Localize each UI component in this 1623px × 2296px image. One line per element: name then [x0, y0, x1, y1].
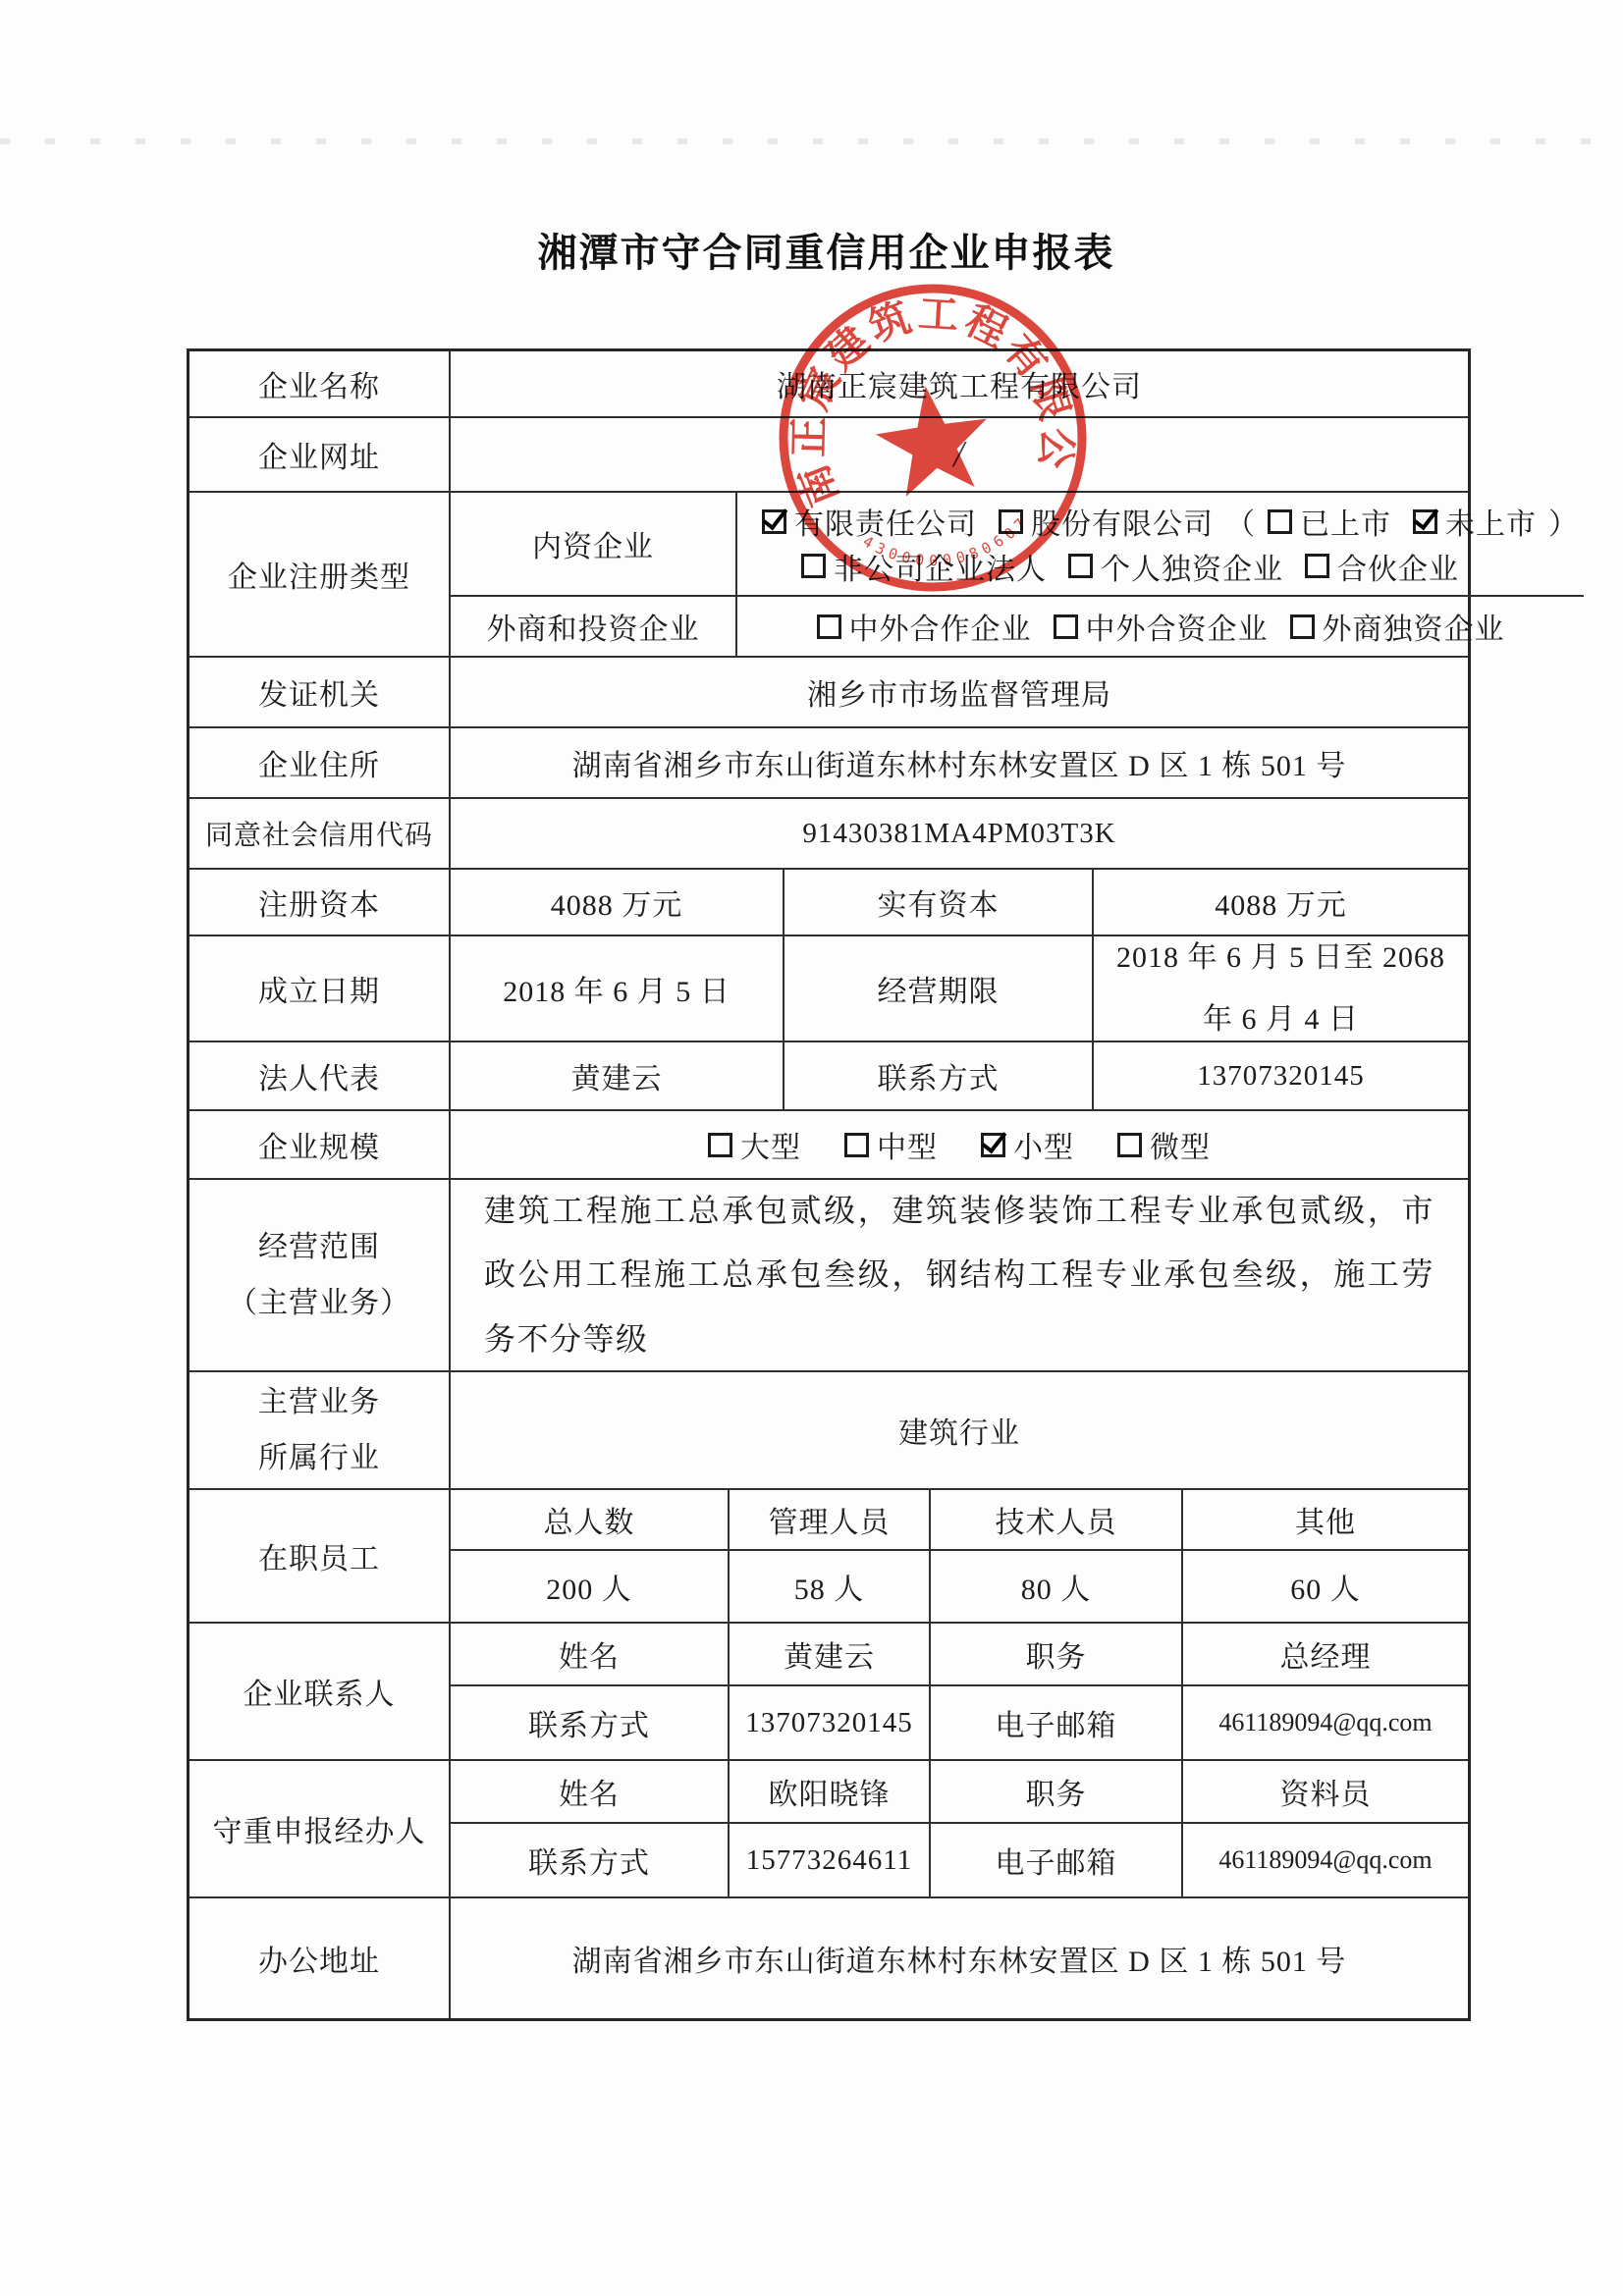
- company-contact-label: 企业联系人: [189, 1624, 451, 1759]
- checkbox-checked-icon: [1413, 509, 1437, 534]
- checkbox-label: 中外合作企业: [849, 605, 1032, 648]
- agent-title-value: 资料员: [1183, 1761, 1468, 1822]
- agent-email-value: 461189094@qq.com: [1183, 1824, 1468, 1896]
- registered-capital-label: 注册资本: [189, 870, 451, 934]
- checkbox-label: 大型: [740, 1123, 801, 1166]
- foreign-enterprise-options: 中外合作企业中外合资企业外商独资企业: [737, 597, 1584, 656]
- checkbox-label: 合伙企业: [1337, 545, 1459, 588]
- domestic-options-line2: 非公司企业法人个人独资企业合伙企业: [751, 545, 1470, 588]
- employees-label: 在职员工: [189, 1490, 451, 1622]
- checkbox-label: 个人独资企业: [1101, 545, 1283, 588]
- row-contact-phone: 联系方式 13707320145 电子邮箱 461189094@qq.com: [451, 1686, 1468, 1759]
- employees-header-other: 其他: [1183, 1490, 1468, 1549]
- establish-date-value: 2018 年 6 月 5 日: [451, 936, 784, 1041]
- declaration-form-table: 企业名称 湖南正宸建筑工程有限公司 企业网址 / 企业注册类型 内资企业 有限责…: [187, 348, 1471, 2021]
- checkbox-unchecked-icon: [844, 1133, 869, 1157]
- employees-header-total: 总人数: [451, 1490, 730, 1549]
- row-foreign-enterprise: 外商和投资企业 中外合作企业中外合资企业外商独资企业: [451, 597, 1584, 656]
- checkbox-option: 未上市: [1413, 500, 1537, 543]
- employees-technical-value: 80 人: [931, 1551, 1183, 1622]
- checkbox-option: 已上市: [1268, 500, 1391, 543]
- agent-name-label: 姓名: [451, 1761, 730, 1822]
- checkbox-label: 微型: [1150, 1123, 1211, 1166]
- checkbox-label: 中外合资企业: [1086, 605, 1269, 648]
- industry-label-line1: 主营业务: [258, 1374, 380, 1430]
- row-agent-name: 姓名 欧阳晓锋 职务 资料员: [451, 1761, 1468, 1824]
- checkbox-unchecked-icon: [1054, 614, 1078, 639]
- rowgroup-employees: 在职员工 总人数 管理人员 技术人员 其他 200 人 58 人 80 人 60…: [189, 1490, 1468, 1624]
- checkbox-unchecked-icon: [708, 1133, 732, 1157]
- form-title: 湘潭市守合同重信用企业申报表: [29, 222, 1623, 278]
- legal-representative-label: 法人代表: [189, 1042, 451, 1109]
- row-domestic-enterprise: 内资企业 有限责任公司股份有限公司（已上市未上市） 非公司企业法人个人独资企业合…: [451, 493, 1584, 597]
- row-company-name: 企业名称 湖南正宸建筑工程有限公司: [189, 351, 1468, 418]
- agent-email-label: 电子邮箱: [931, 1824, 1183, 1896]
- checkbox-option: 合伙企业: [1305, 545, 1459, 588]
- issuing-authority-label: 发证机关: [189, 658, 451, 726]
- company-name-value: 湖南正宸建筑工程有限公司: [451, 351, 1468, 416]
- checkbox-label: 非公司企业法人: [834, 545, 1047, 588]
- establish-date-label: 成立日期: [189, 936, 451, 1041]
- domestic-options-line1: 有限责任公司股份有限公司（已上市未上市）: [751, 500, 1580, 543]
- company-scale-label: 企业规模: [189, 1111, 451, 1178]
- checkbox-option: 个人独资企业: [1068, 545, 1283, 588]
- checkbox-option: 中外合资企业: [1054, 605, 1269, 648]
- industry-value: 建筑行业: [451, 1372, 1468, 1488]
- operating-period-label: 经营期限: [784, 936, 1094, 1041]
- checkbox-label: 小型: [1013, 1123, 1074, 1166]
- checkbox-option: 小型: [981, 1123, 1074, 1166]
- issuing-authority-value: 湘乡市市场监督管理局: [451, 658, 1468, 726]
- checkbox-label: 已上市: [1300, 500, 1391, 543]
- checkbox-unchecked-icon: [801, 554, 826, 578]
- contact-name-label: 姓名: [451, 1624, 730, 1684]
- checkbox-label: 有限责任公司: [794, 500, 977, 543]
- contact-phone-label: 联系方式: [451, 1686, 730, 1759]
- legal-representative-value: 黄建云: [451, 1042, 784, 1109]
- checkbox-option: 外商独资企业: [1290, 605, 1505, 648]
- checkbox-unchecked-icon: [1290, 614, 1315, 639]
- row-employees-headers: 总人数 管理人员 技术人员 其他: [451, 1490, 1468, 1551]
- checkbox-label: 未上市: [1445, 500, 1537, 543]
- row-legal-representative: 法人代表 黄建云 联系方式 13707320145: [189, 1042, 1468, 1111]
- domestic-enterprise-label: 内资企业: [451, 493, 737, 595]
- employees-other-value: 60 人: [1183, 1551, 1468, 1622]
- business-scope-label-line1: 经营范围: [258, 1219, 380, 1275]
- website-label: 企业网址: [189, 418, 451, 491]
- employees-header-technical: 技术人员: [931, 1490, 1183, 1549]
- row-contact-name: 姓名 黄建云 职务 总经理: [451, 1624, 1468, 1686]
- row-credit-code: 同意社会信用代码 91430381MA4PM03T3K: [189, 799, 1468, 870]
- business-scope-label-line2: （主营业务）: [228, 1275, 410, 1331]
- company-address-value: 湖南省湘乡市东山街道东林村东林安置区 D 区 1 栋 501 号: [451, 728, 1468, 797]
- checkbox-checked-icon: [762, 509, 786, 534]
- checkbox-unchecked-icon: [1305, 554, 1329, 578]
- industry-label-line2: 所属行业: [258, 1430, 380, 1486]
- credit-code-label: 同意社会信用代码: [189, 799, 451, 868]
- contact-phone-value: 13707320145: [730, 1686, 931, 1759]
- checkbox-unchecked-icon: [1068, 554, 1093, 578]
- website-value: /: [451, 418, 1468, 491]
- row-office-address: 办公地址 湖南省湘乡市东山街道东林村东林安置区 D 区 1 栋 501 号: [189, 1898, 1468, 2018]
- foreign-options-line1: 中外合作企业中外合资企业外商独资企业: [806, 605, 1516, 648]
- agent-phone-label: 联系方式: [451, 1824, 730, 1896]
- checkbox-checked-icon: [981, 1133, 1005, 1157]
- domestic-enterprise-options: 有限责任公司股份有限公司（已上市未上市） 非公司企业法人个人独资企业合伙企业: [737, 493, 1584, 595]
- checkbox-option: 中外合作企业: [817, 605, 1032, 648]
- operating-period-value: 2018 年 6 月 5 日至 2068 年 6 月 4 日: [1094, 936, 1468, 1041]
- office-address-label: 办公地址: [189, 1898, 451, 2018]
- company-name-label: 企业名称: [189, 351, 451, 416]
- scanned-form-page: 湘潭市守合同重信用企业申报表 企业名称 湖南正宸建筑工程有限公司 企业网址 / …: [0, 0, 1623, 2296]
- legal-rep-contact-value: 13707320145: [1094, 1042, 1468, 1109]
- checkbox-option: 中型: [844, 1123, 938, 1166]
- paid-in-capital-value: 4088 万元: [1094, 870, 1468, 934]
- checkbox-unchecked-icon: [1268, 509, 1292, 534]
- checkbox-option: 有限责任公司: [762, 500, 977, 543]
- rowgroup-company-contact: 企业联系人 姓名 黄建云 职务 总经理 联系方式 13707320145 电子邮…: [189, 1624, 1468, 1761]
- legal-rep-contact-label: 联系方式: [784, 1042, 1094, 1109]
- company-scale-options: 大型中型小型微型: [459, 1123, 1460, 1166]
- row-employees-values: 200 人 58 人 80 人 60 人: [451, 1551, 1468, 1622]
- rowgroup-declaration-agent: 守重申报经办人 姓名 欧阳晓锋 职务 资料员 联系方式 15773264611 …: [189, 1761, 1468, 1898]
- employees-total-value: 200 人: [451, 1551, 730, 1622]
- contact-name-value: 黄建云: [730, 1624, 931, 1684]
- row-agent-phone: 联系方式 15773264611 电子邮箱 461189094@qq.com: [451, 1824, 1468, 1896]
- contact-title-label: 职务: [931, 1624, 1183, 1684]
- rowgroup-registration-type: 企业注册类型 内资企业 有限责任公司股份有限公司（已上市未上市） 非公司企业法人…: [189, 493, 1468, 658]
- row-industry: 主营业务 所属行业 建筑行业: [189, 1372, 1468, 1490]
- checkbox-option: 大型: [708, 1123, 801, 1166]
- contact-email-value: 461189094@qq.com: [1183, 1686, 1468, 1759]
- checkbox-label: 股份有限公司: [1031, 500, 1214, 543]
- registration-type-label: 企业注册类型: [189, 493, 451, 656]
- employees-management-value: 58 人: [730, 1551, 931, 1622]
- row-company-address: 企业住所 湖南省湘乡市东山街道东林村东林安置区 D 区 1 栋 501 号: [189, 728, 1468, 799]
- checkbox-label: 外商独资企业: [1323, 605, 1505, 648]
- text-token: （: [1225, 500, 1256, 543]
- checkbox-label: 中型: [877, 1123, 938, 1166]
- text-token: ）: [1548, 500, 1579, 543]
- registered-capital-value: 4088 万元: [451, 870, 784, 934]
- agent-title-label: 职务: [931, 1761, 1183, 1822]
- agent-name-value: 欧阳晓锋: [730, 1761, 931, 1822]
- checkbox-option: 微型: [1117, 1123, 1211, 1166]
- row-issuing-authority: 发证机关 湘乡市市场监督管理局: [189, 658, 1468, 728]
- foreign-enterprise-label: 外商和投资企业: [451, 597, 737, 656]
- checkbox-unchecked-icon: [999, 509, 1023, 534]
- row-established: 成立日期 2018 年 6 月 5 日 经营期限 2018 年 6 月 5 日至…: [189, 936, 1468, 1042]
- scan-noise: [0, 138, 1623, 144]
- office-address-value: 湖南省湘乡市东山街道东林村东林安置区 D 区 1 栋 501 号: [451, 1898, 1468, 2018]
- checkbox-option: 股份有限公司: [999, 500, 1214, 543]
- credit-code-value: 91430381MA4PM03T3K: [451, 799, 1468, 868]
- declaration-agent-label: 守重申报经办人: [189, 1761, 451, 1896]
- checkbox-option: 非公司企业法人: [801, 545, 1047, 588]
- contact-email-label: 电子邮箱: [931, 1686, 1183, 1759]
- row-business-scope: 经营范围 （主营业务） 建筑工程施工总承包贰级，建筑装修装饰工程专业承包贰级，市…: [189, 1180, 1468, 1372]
- company-address-label: 企业住所: [189, 728, 451, 797]
- checkbox-unchecked-icon: [817, 614, 841, 639]
- checkbox-unchecked-icon: [1117, 1133, 1142, 1157]
- paid-in-capital-label: 实有资本: [784, 870, 1094, 934]
- business-scope-value: 建筑工程施工总承包贰级，建筑装修装饰工程专业承包贰级，市政公用工程施工总承包叁级…: [459, 1165, 1460, 1386]
- row-website: 企业网址 /: [189, 418, 1468, 493]
- contact-title-value: 总经理: [1183, 1624, 1468, 1684]
- agent-phone-value: 15773264611: [730, 1824, 931, 1896]
- employees-header-management: 管理人员: [730, 1490, 931, 1549]
